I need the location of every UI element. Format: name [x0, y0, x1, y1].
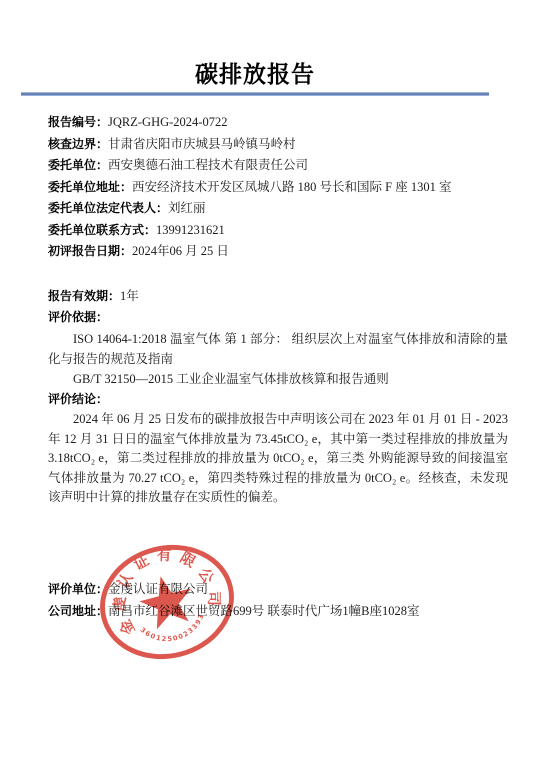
field-value: 刘红丽: [168, 201, 206, 215]
field-client-address: 委托单位地址：西安经济技术开发区凤城八路 180 号长和国际 F 座 1301 …: [48, 177, 508, 199]
report-body: 报告编号：JQRZ-GHG-2024-0722 核查边界：甘肃省庆阳市庆城县马岭…: [48, 112, 508, 508]
field-label: 报告编号：: [48, 115, 108, 129]
field-evaluation-agency: 评价单位：金虔认证有限公司: [48, 578, 508, 600]
field-label: 委托单位法定代表人：: [48, 201, 168, 215]
carbon-report-page: 碳排放报告 报告编号：JQRZ-GHG-2024-0722 核查边界：甘肃省庆阳…: [0, 0, 553, 763]
field-value: 13991231621: [156, 223, 225, 237]
field-label: 核查边界：: [48, 137, 108, 151]
conclusion-paragraph: 2024 年 06 月 25 日发布的碳排放报告中声明该公司在 2023 年 0…: [48, 410, 508, 508]
field-client: 委托单位：西安奥德石油工程技术有限责任公司: [48, 155, 508, 177]
field-value: 西安奥德石油工程技术有限责任公司: [108, 158, 308, 172]
conclusion-heading: 评价结论：: [48, 389, 508, 411]
field-label: 评价单位：: [48, 582, 108, 596]
basis-heading: 评价依据：: [48, 307, 508, 329]
field-value: 1年: [120, 289, 139, 303]
field-value: 南昌市红谷滩区世贸路699号 联泰时代广场1幢B座1028室: [108, 604, 419, 618]
basis-item-iso: ISO 14064-1:2018 温室气体 第 1 部分： 组织层次上对温室气体…: [48, 329, 508, 369]
field-verification-boundary: 核查边界：甘肃省庆阳市庆城县马岭镇马岭村: [48, 134, 508, 156]
field-label: 公司地址：: [48, 604, 108, 618]
field-label: 委托单位联系方式：: [48, 223, 156, 237]
field-value: 西安经济技术开发区凤城八路 180 号长和国际 F 座 1301 室: [132, 180, 451, 194]
basis-item-gbt: GB/T 32150—2015 工业企业温室气体排放核算和报告通则: [48, 369, 508, 389]
section-label: 评价依据：: [48, 310, 108, 324]
title-divider: [21, 92, 489, 96]
page-title: 碳排放报告: [21, 56, 489, 89]
field-contact-phone: 委托单位联系方式：13991231621: [48, 220, 508, 242]
section-label: 评价结论：: [48, 392, 108, 406]
field-value: 2024年06 月 25 日: [132, 244, 229, 258]
field-legal-representative: 委托单位法定代表人：刘红丽: [48, 198, 508, 220]
field-label: 初评报告日期：: [48, 244, 132, 258]
field-label: 委托单位地址：: [48, 180, 132, 194]
field-value: JQRZ-GHG-2024-0722: [108, 115, 227, 129]
field-report-number: 报告编号：JQRZ-GHG-2024-0722: [48, 112, 508, 134]
field-label: 委托单位：: [48, 158, 108, 172]
field-value: 金虔认证有限公司: [108, 582, 208, 596]
report-footer: 评价单位：金虔认证有限公司 公司地址：南昌市红谷滩区世贸路699号 联泰时代广场…: [48, 578, 508, 622]
field-company-address: 公司地址：南昌市红谷滩区世贸路699号 联泰时代广场1幢B座1028室: [48, 600, 508, 622]
field-label: 报告有效期：: [48, 289, 120, 303]
field-value: 甘肃省庆阳市庆城县马岭镇马岭村: [108, 137, 296, 151]
field-validity: 报告有效期：1年: [48, 286, 508, 308]
field-initial-report-date: 初评报告日期：2024年06 月 25 日: [48, 241, 508, 263]
